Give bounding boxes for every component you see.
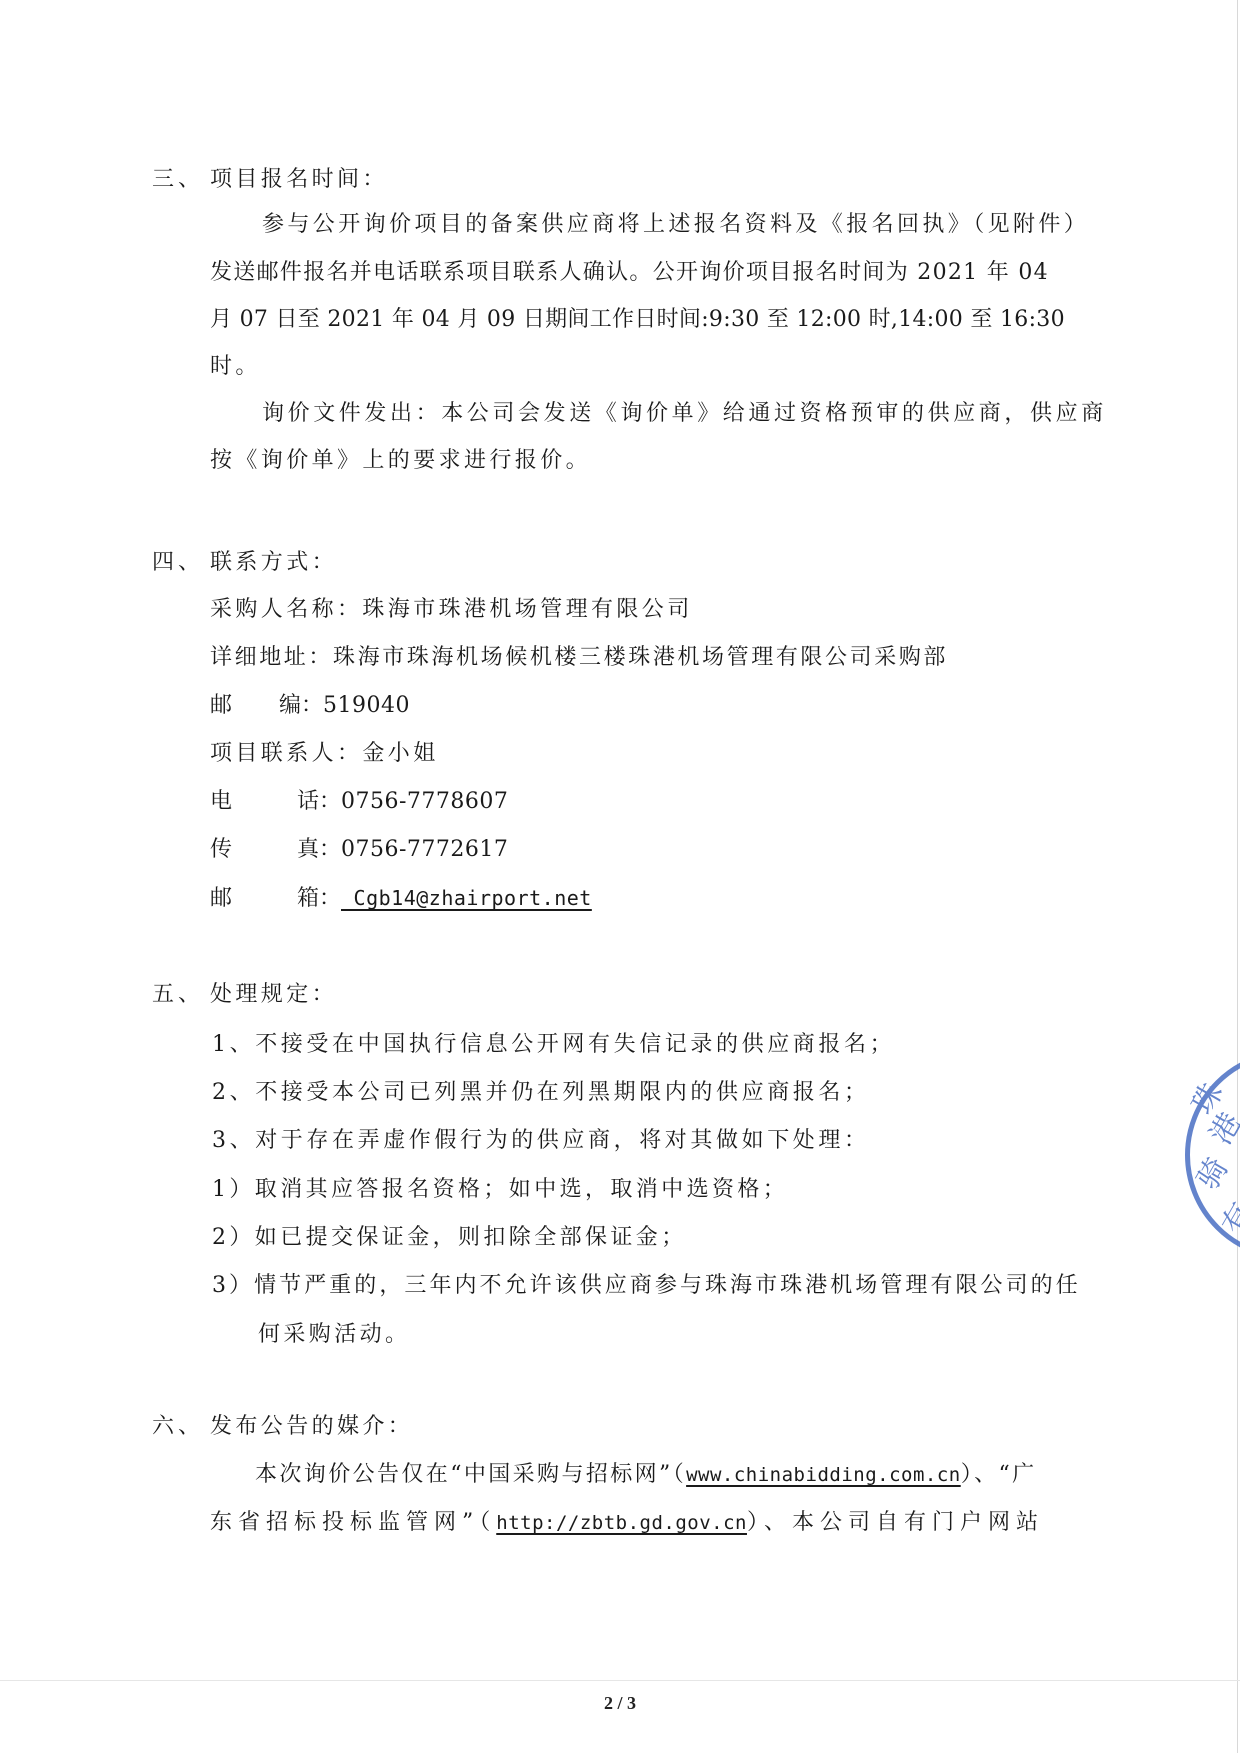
seal-char: 骑 — [1183, 1148, 1236, 1196]
section-3-paragraph-line: 按《询价单》上的要求进行报价。 — [210, 447, 591, 475]
contact-postcode-row: 邮编：519040 — [210, 692, 410, 720]
section-3-paragraph-line: 月 07 日至 2021 年 04 月 09 日期间工作日时间:9:30 至 1… — [210, 306, 1082, 334]
media-line-2: 东省招标投标监管网”（http://zbtb.gd.gov.cn）、本公司自有门… — [210, 1509, 1044, 1537]
media-line-1: 本次询价公告仅在“中国采购与招标网”（www.chinabidding.com.… — [255, 1461, 1037, 1489]
contact-email-label-b: 箱： — [297, 885, 341, 913]
contact-address-value: 珠海市珠海机场候机楼三楼珠港机场管理有限公司采购部 — [333, 645, 948, 670]
contact-email-link[interactable]: Cgb14@zhairport.net — [341, 886, 592, 910]
section-3-title: 项目报名时间： — [210, 166, 388, 194]
contact-fax-label-a: 传 — [210, 836, 232, 864]
rule-subitem: 3）情节严重的，三年内不允许该供应商参与珠海市珠港机场管理有限公司的任 — [212, 1272, 1081, 1300]
contact-fax-row: 传真：0756-7772617 — [210, 836, 508, 864]
contact-postcode-label-b: 编： — [279, 692, 323, 720]
section-4-number: 四、 — [152, 549, 204, 577]
contact-postcode-value: 519040 — [323, 693, 410, 718]
section-6-number: 六、 — [152, 1413, 204, 1441]
chinabidding-link[interactable]: www.chinabidding.com.cn — [686, 1464, 961, 1486]
media-line-1-prefix: 本次询价公告仅在“中国采购与招标网”（ — [255, 1462, 686, 1487]
contact-phone-row: 电话：0756-7778607 — [210, 788, 508, 816]
section-3-paragraph-line: 发送邮件报名并电话联系项目联系人确认。公开询价项目报名时间为 2021 年 04 — [210, 259, 1082, 287]
section-5-title: 处理规定： — [210, 981, 337, 1009]
rule-subitem-continuation: 何采购活动。 — [258, 1321, 410, 1349]
section-5-number: 五、 — [152, 981, 204, 1009]
contact-person-label: 项目联系人： — [210, 741, 362, 766]
contact-phone-label-a: 电 — [210, 788, 232, 816]
contact-address-label: 详细地址： — [210, 645, 333, 670]
contact-buyer-label: 采购人名称： — [210, 597, 362, 622]
contact-fax-label-b: 真： — [297, 836, 341, 864]
rule-item: 2、不接受本公司已列黑并仍在列黑期限内的供应商报名； — [212, 1079, 870, 1107]
section-4-title: 联系方式： — [210, 549, 337, 577]
media-line-2-prefix: 东省招标投标监管网”（ — [210, 1510, 496, 1535]
contact-person-value: 金小姐 — [362, 741, 438, 766]
contact-person-row: 项目联系人：金小姐 — [210, 740, 439, 768]
contact-buyer-value: 珠海市珠港机场管理有限公司 — [362, 597, 692, 622]
section-6-title: 发布公告的媒介： — [210, 1413, 413, 1441]
section-3-number: 三、 — [152, 166, 204, 194]
contact-fax-value: 0756-7772617 — [341, 837, 508, 862]
rule-item: 1、不接受在中国执行信息公开网有失信记录的供应商报名； — [212, 1031, 895, 1059]
media-line-1-suffix: ）、“广 — [961, 1462, 1037, 1487]
zbtb-link[interactable]: http://zbtb.gd.gov.cn — [496, 1512, 747, 1534]
page-number: 2 / 3 — [0, 1693, 1240, 1714]
rule-subitem: 1）取消其应答报名资格；如中选，取消中选资格； — [212, 1176, 788, 1204]
contact-buyer-row: 采购人名称：珠海市珠港机场管理有限公司 — [210, 596, 693, 624]
rule-item: 3、对于存在弄虚作假行为的供应商，将对其做如下处理： — [212, 1127, 870, 1155]
page-edge — [1237, 0, 1238, 1753]
contact-email-row: 邮箱： Cgb14@zhairport.net — [210, 884, 592, 913]
section-3-paragraph-line: 参与公开询价项目的备案供应商将上述报名资料及《报名回执》（见附件） — [262, 211, 1082, 239]
rule-subitem: 2）如已提交保证金，则扣除全部保证金； — [212, 1224, 687, 1252]
section-3-paragraph-line: 询价文件发出：本公司会发送《询价单》给通过资格预审的供应商，供应商 — [262, 400, 1107, 428]
contact-phone-value: 0756-7778607 — [341, 789, 508, 814]
seal-char: 有 — [1208, 1193, 1240, 1241]
media-line-2-suffix: ）、本公司自有门户网站 — [747, 1510, 1044, 1535]
contact-postcode-label-a: 邮 — [210, 692, 232, 720]
official-seal-stamp: 珠 港 骑 有 — [1185, 1050, 1240, 1260]
contact-email-label-a: 邮 — [210, 885, 232, 913]
contact-phone-label-b: 话： — [297, 788, 341, 816]
section-3-paragraph-line: 时。 — [210, 353, 261, 381]
footer-divider — [0, 1680, 1240, 1681]
contact-address-row: 详细地址：珠海市珠海机场候机楼三楼珠港机场管理有限公司采购部 — [210, 644, 948, 672]
